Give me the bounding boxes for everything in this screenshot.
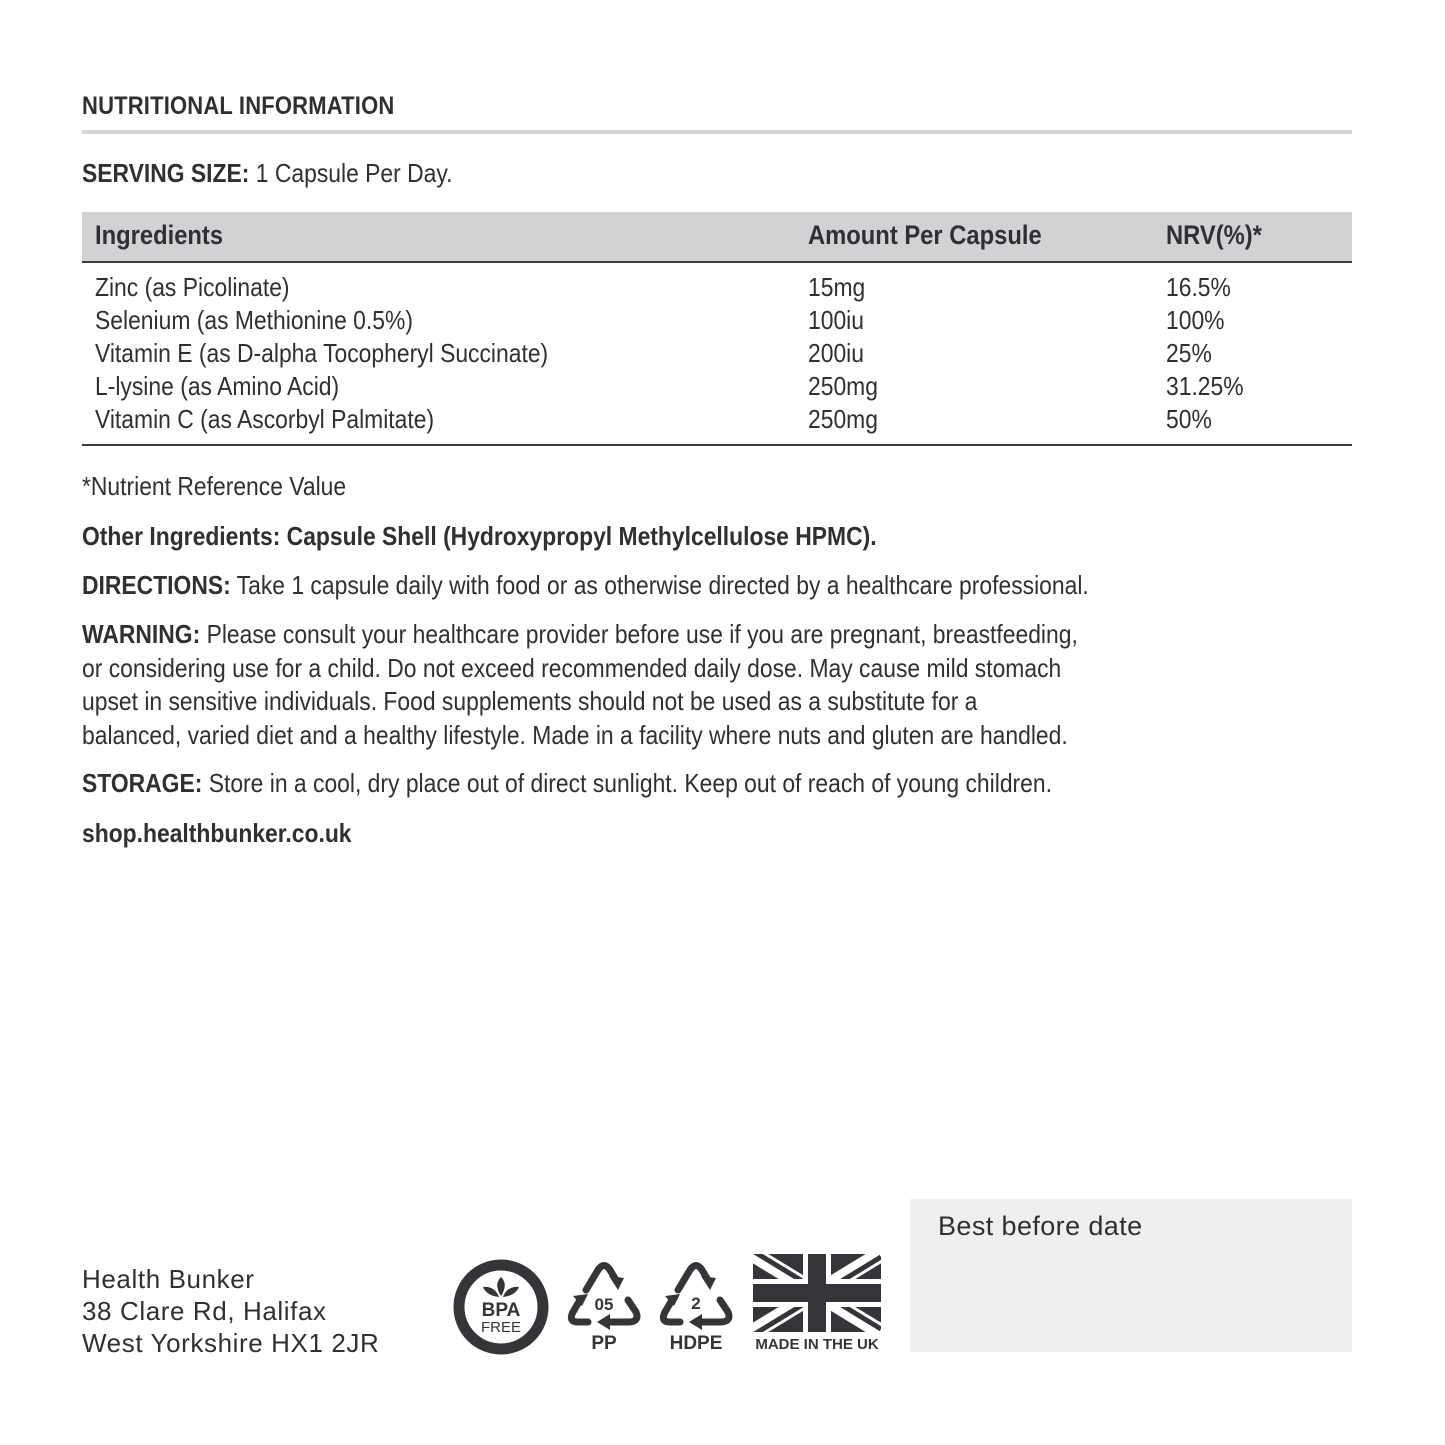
- nrv-cell: 100%: [1166, 305, 1233, 336]
- column-header-nrv: NRV(%)*: [1166, 220, 1275, 251]
- warning: WARNING: Please consult your healthcare …: [82, 618, 1422, 752]
- bpa-free-icon: BPA FREE: [452, 1258, 550, 1361]
- column-header-amount: Amount Per Capsule: [808, 220, 1074, 251]
- title-text: NUTRITIONAL INFORMATION: [82, 92, 394, 121]
- other-ingredients: Other Ingredients: Capsule Shell (Hydrox…: [82, 520, 1422, 554]
- directions-label: DIRECTIONS:: [82, 570, 231, 600]
- ingredient-cell: Selenium (as Methionine 0.5%): [95, 305, 456, 336]
- company-address: Health Bunker 38 Clare Rd, Halifax West …: [82, 1263, 379, 1359]
- amount-cell: 15mg: [808, 272, 873, 303]
- address-line: West Yorkshire HX1 2JR: [82, 1327, 379, 1359]
- certification-badges: BPA FREE 05 PP: [452, 1252, 892, 1362]
- directions: DIRECTIONS: Take 1 capsule daily with fo…: [82, 569, 1422, 603]
- warning-line: or considering use for a child. Do not e…: [82, 652, 1061, 686]
- website-link[interactable]: shop.healthbunker.co.uk: [82, 817, 1422, 851]
- page-title: NUTRITIONAL INFORMATION: [82, 92, 437, 121]
- serving-size: SERVING SIZE: 1 Capsule Per Day.: [82, 158, 503, 189]
- union-jack-icon: MADE IN THE UK: [750, 1252, 886, 1357]
- recycle-pp-icon: 05 PP: [564, 1252, 644, 1357]
- amount-cell: 200iu: [808, 338, 872, 369]
- nrv-cell: 16.5%: [1166, 272, 1240, 303]
- directions-text: Take 1 capsule daily with food or as oth…: [231, 570, 1089, 600]
- ingredient-cell: Zinc (as Picolinate): [95, 272, 316, 303]
- svg-text:MADE IN THE UK: MADE IN THE UK: [755, 1336, 879, 1352]
- amount-cell: 250mg: [808, 371, 888, 402]
- amount-cell: 100iu: [808, 305, 872, 336]
- table-row: Selenium (as Methionine 0.5%) 100iu 100%: [82, 305, 1352, 338]
- ingredient-cell: Vitamin C (as Ascorbyl Palmitate): [95, 404, 480, 435]
- column-header-ingredients: Ingredients: [95, 220, 241, 251]
- address-line: Health Bunker: [82, 1263, 379, 1295]
- ingredient-cell: Vitamin E (as D-alpha Tocopheryl Succina…: [95, 338, 610, 369]
- amount-cell: 250mg: [808, 404, 888, 435]
- warning-label: WARNING:: [82, 619, 200, 649]
- storage-text: Store in a cool, dry place out of direct…: [202, 768, 1052, 798]
- ingredient-cell: L-lysine (as Amino Acid): [95, 371, 372, 402]
- serving-size-label: SERVING SIZE:: [82, 158, 249, 188]
- serving-size-value: 1 Capsule Per Day.: [249, 158, 452, 188]
- nrv-cell: 25%: [1166, 338, 1218, 369]
- nrv-cell: 50%: [1166, 404, 1218, 435]
- svg-text:HDPE: HDPE: [670, 1333, 723, 1352]
- svg-text:05: 05: [595, 1295, 614, 1314]
- svg-text:PP: PP: [591, 1333, 617, 1352]
- svg-text:BPA: BPA: [482, 1300, 521, 1321]
- warning-line: upset in sensitive individuals. Food sup…: [82, 685, 977, 719]
- warning-line: balanced, varied diet and a healthy life…: [82, 719, 1068, 753]
- nrv-cell: 31.25%: [1166, 371, 1254, 402]
- warning-line: Please consult your healthcare provider …: [200, 619, 1078, 649]
- svg-text:FREE: FREE: [481, 1319, 521, 1336]
- table-header: Ingredients Amount Per Capsule NRV(%)*: [82, 212, 1352, 263]
- best-before-label: Best before date: [938, 1211, 1143, 1242]
- svg-text:2: 2: [691, 1294, 700, 1313]
- table-row: Vitamin C (as Ascorbyl Palmitate) 250mg …: [82, 404, 1352, 437]
- best-before-box: Best before date: [910, 1199, 1352, 1352]
- table-row: Zinc (as Picolinate) 15mg 16.5%: [82, 272, 1352, 305]
- table-row: Vitamin E (as D-alpha Tocopheryl Succina…: [82, 338, 1352, 371]
- title-divider: [82, 130, 1352, 134]
- nrv-footnote: *Nutrient Reference Value: [82, 470, 1422, 504]
- storage-label: STORAGE:: [82, 768, 202, 798]
- recycle-hdpe-icon: 2 HDPE: [656, 1252, 736, 1357]
- address-line: 38 Clare Rd, Halifax: [82, 1295, 379, 1327]
- table-row: L-lysine (as Amino Acid) 250mg 31.25%: [82, 371, 1352, 404]
- storage: STORAGE: Store in a cool, dry place out …: [82, 767, 1422, 801]
- ingredients-table: Zinc (as Picolinate) 15mg 16.5% Selenium…: [82, 263, 1352, 446]
